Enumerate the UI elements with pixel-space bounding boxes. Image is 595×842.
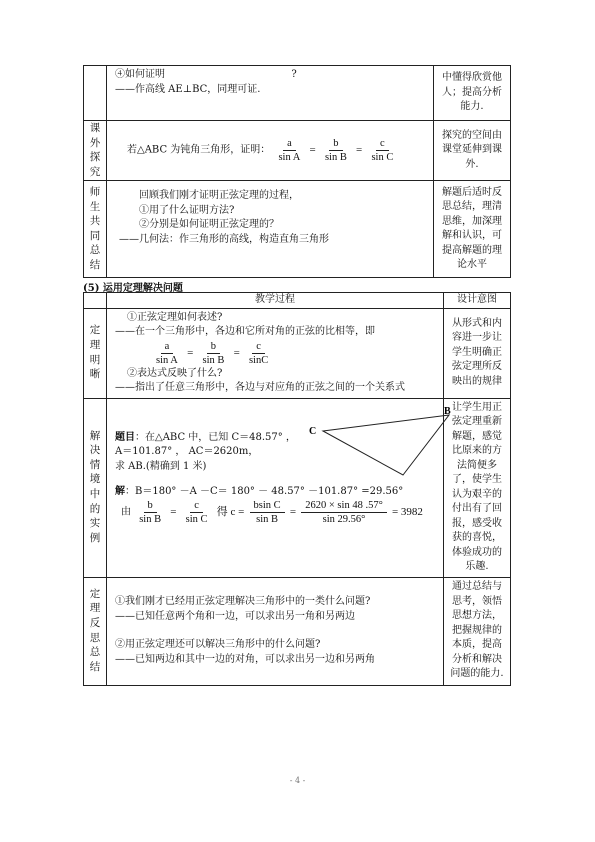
extension-text: 若△ABC 为钝角三角形，证明： — [127, 144, 270, 155]
fraction: bsin B — [321, 137, 351, 164]
summary-content: 回顾我们刚才证明正弦定理的过程， ①用了什么证明方法? ②分别是如何证明正弦定理… — [107, 181, 434, 278]
sine-law-formula: asin A = bsin B = csinC — [115, 340, 435, 367]
proof-answer: ——作高线 AE⊥BC，同理可证. — [115, 83, 425, 98]
proof-question: ④如何证明 — [115, 69, 165, 80]
problem-statement: 题目：在△ABC 中，已知 C＝48.57° ， A＝101.87° ， AC＝… — [115, 431, 296, 475]
header-row: 教学过程 设计意图 — [84, 293, 511, 309]
table-row: 课外探究 若△ABC 为钝角三角形，证明： asin A = bsin B = … — [84, 121, 511, 181]
row-label: 解决情境中的实例 — [84, 398, 107, 577]
fraction: asin A — [274, 137, 304, 164]
lesson-table-application: 教学过程 设计意图 定理明晰 ①正弦定理如何表述? ——在一个三角形中，各边和它… — [83, 292, 511, 686]
header-process: 教学过程 — [107, 293, 444, 309]
lesson-table-continued: ④如何证明 ? ——作高线 AE⊥BC，同理可证. 中懂得欣赏他人；提高分析能力… — [83, 65, 511, 278]
svg-text:B: B — [444, 407, 451, 417]
example-content: 题目：在△ABC 中，已知 C＝48.57° ， A＝101.87° ， AC＝… — [107, 398, 444, 577]
design-intent: 通过总结与思考，领悟思想方法，把握规律的本质，提高分析和解决问题的能力. — [444, 577, 511, 685]
design-intent: 从形式和内容进一步让学生明确正弦定理所反映出的规律 — [444, 308, 511, 398]
row-label: 师生共同总结 — [84, 181, 107, 278]
header-intent: 设计意图 — [444, 293, 511, 309]
design-intent: 解题后适时反思总结，理清思维，加深理解和认识，可提高解题的理论水平 — [434, 181, 511, 278]
page-number: - 4 - — [0, 776, 595, 785]
derivation-formula: 由 bsin B = csin C 得 c = bsin Csin B = 26… — [115, 499, 424, 526]
solution: 解：B＝180° －A －C＝ 180° － 48.57° －101.87° =… — [115, 485, 424, 527]
design-intent: 探究的空间由课堂延伸到课外. — [434, 121, 511, 181]
question-mark: ? — [291, 69, 296, 80]
svg-text:C: C — [309, 426, 316, 437]
row-label: 定理反思总结 — [84, 577, 107, 685]
table-row: 解决情境中的实例 题目：在△ABC 中，已知 C＝48.57° ， A＝101.… — [84, 398, 511, 577]
table-row: ④如何证明 ? ——作高线 AE⊥BC，同理可证. 中懂得欣赏他人；提高分析能力… — [84, 66, 511, 121]
table-row: 师生共同总结 回顾我们刚才证明正弦定理的过程， ①用了什么证明方法? ②分别是如… — [84, 181, 511, 278]
row-label: 定理明晰 — [84, 308, 107, 398]
fraction: csin C — [367, 137, 397, 164]
table-row: 定理反思总结 ①我们刚才已经用正弦定理解决三角形中的一类什么问题? ——已知任意… — [84, 577, 511, 685]
design-intent: 中懂得欣赏他人；提高分析能力. — [434, 66, 511, 121]
table-row: 定理明晰 ①正弦定理如何表述? ——在一个三角形中，各边和它所对角的正弦的比相等… — [84, 308, 511, 398]
clarify-content: ①正弦定理如何表述? ——在一个三角形中，各边和它所对角的正弦的比相等，即 as… — [107, 308, 444, 398]
row-label-empty — [84, 66, 107, 121]
reflect-content: ①我们刚才已经用正弦定理解决三角形中的一类什么问题? ——已知任意两个角和一边，… — [107, 577, 444, 685]
triangle-diagram: C B A — [299, 407, 459, 477]
proof-content: ④如何证明 ? ——作高线 AE⊥BC，同理可证. — [107, 66, 434, 121]
extension-content: 若△ABC 为钝角三角形，证明： asin A = bsin B = csin … — [107, 121, 434, 181]
row-label: 课外探究 — [84, 121, 107, 181]
